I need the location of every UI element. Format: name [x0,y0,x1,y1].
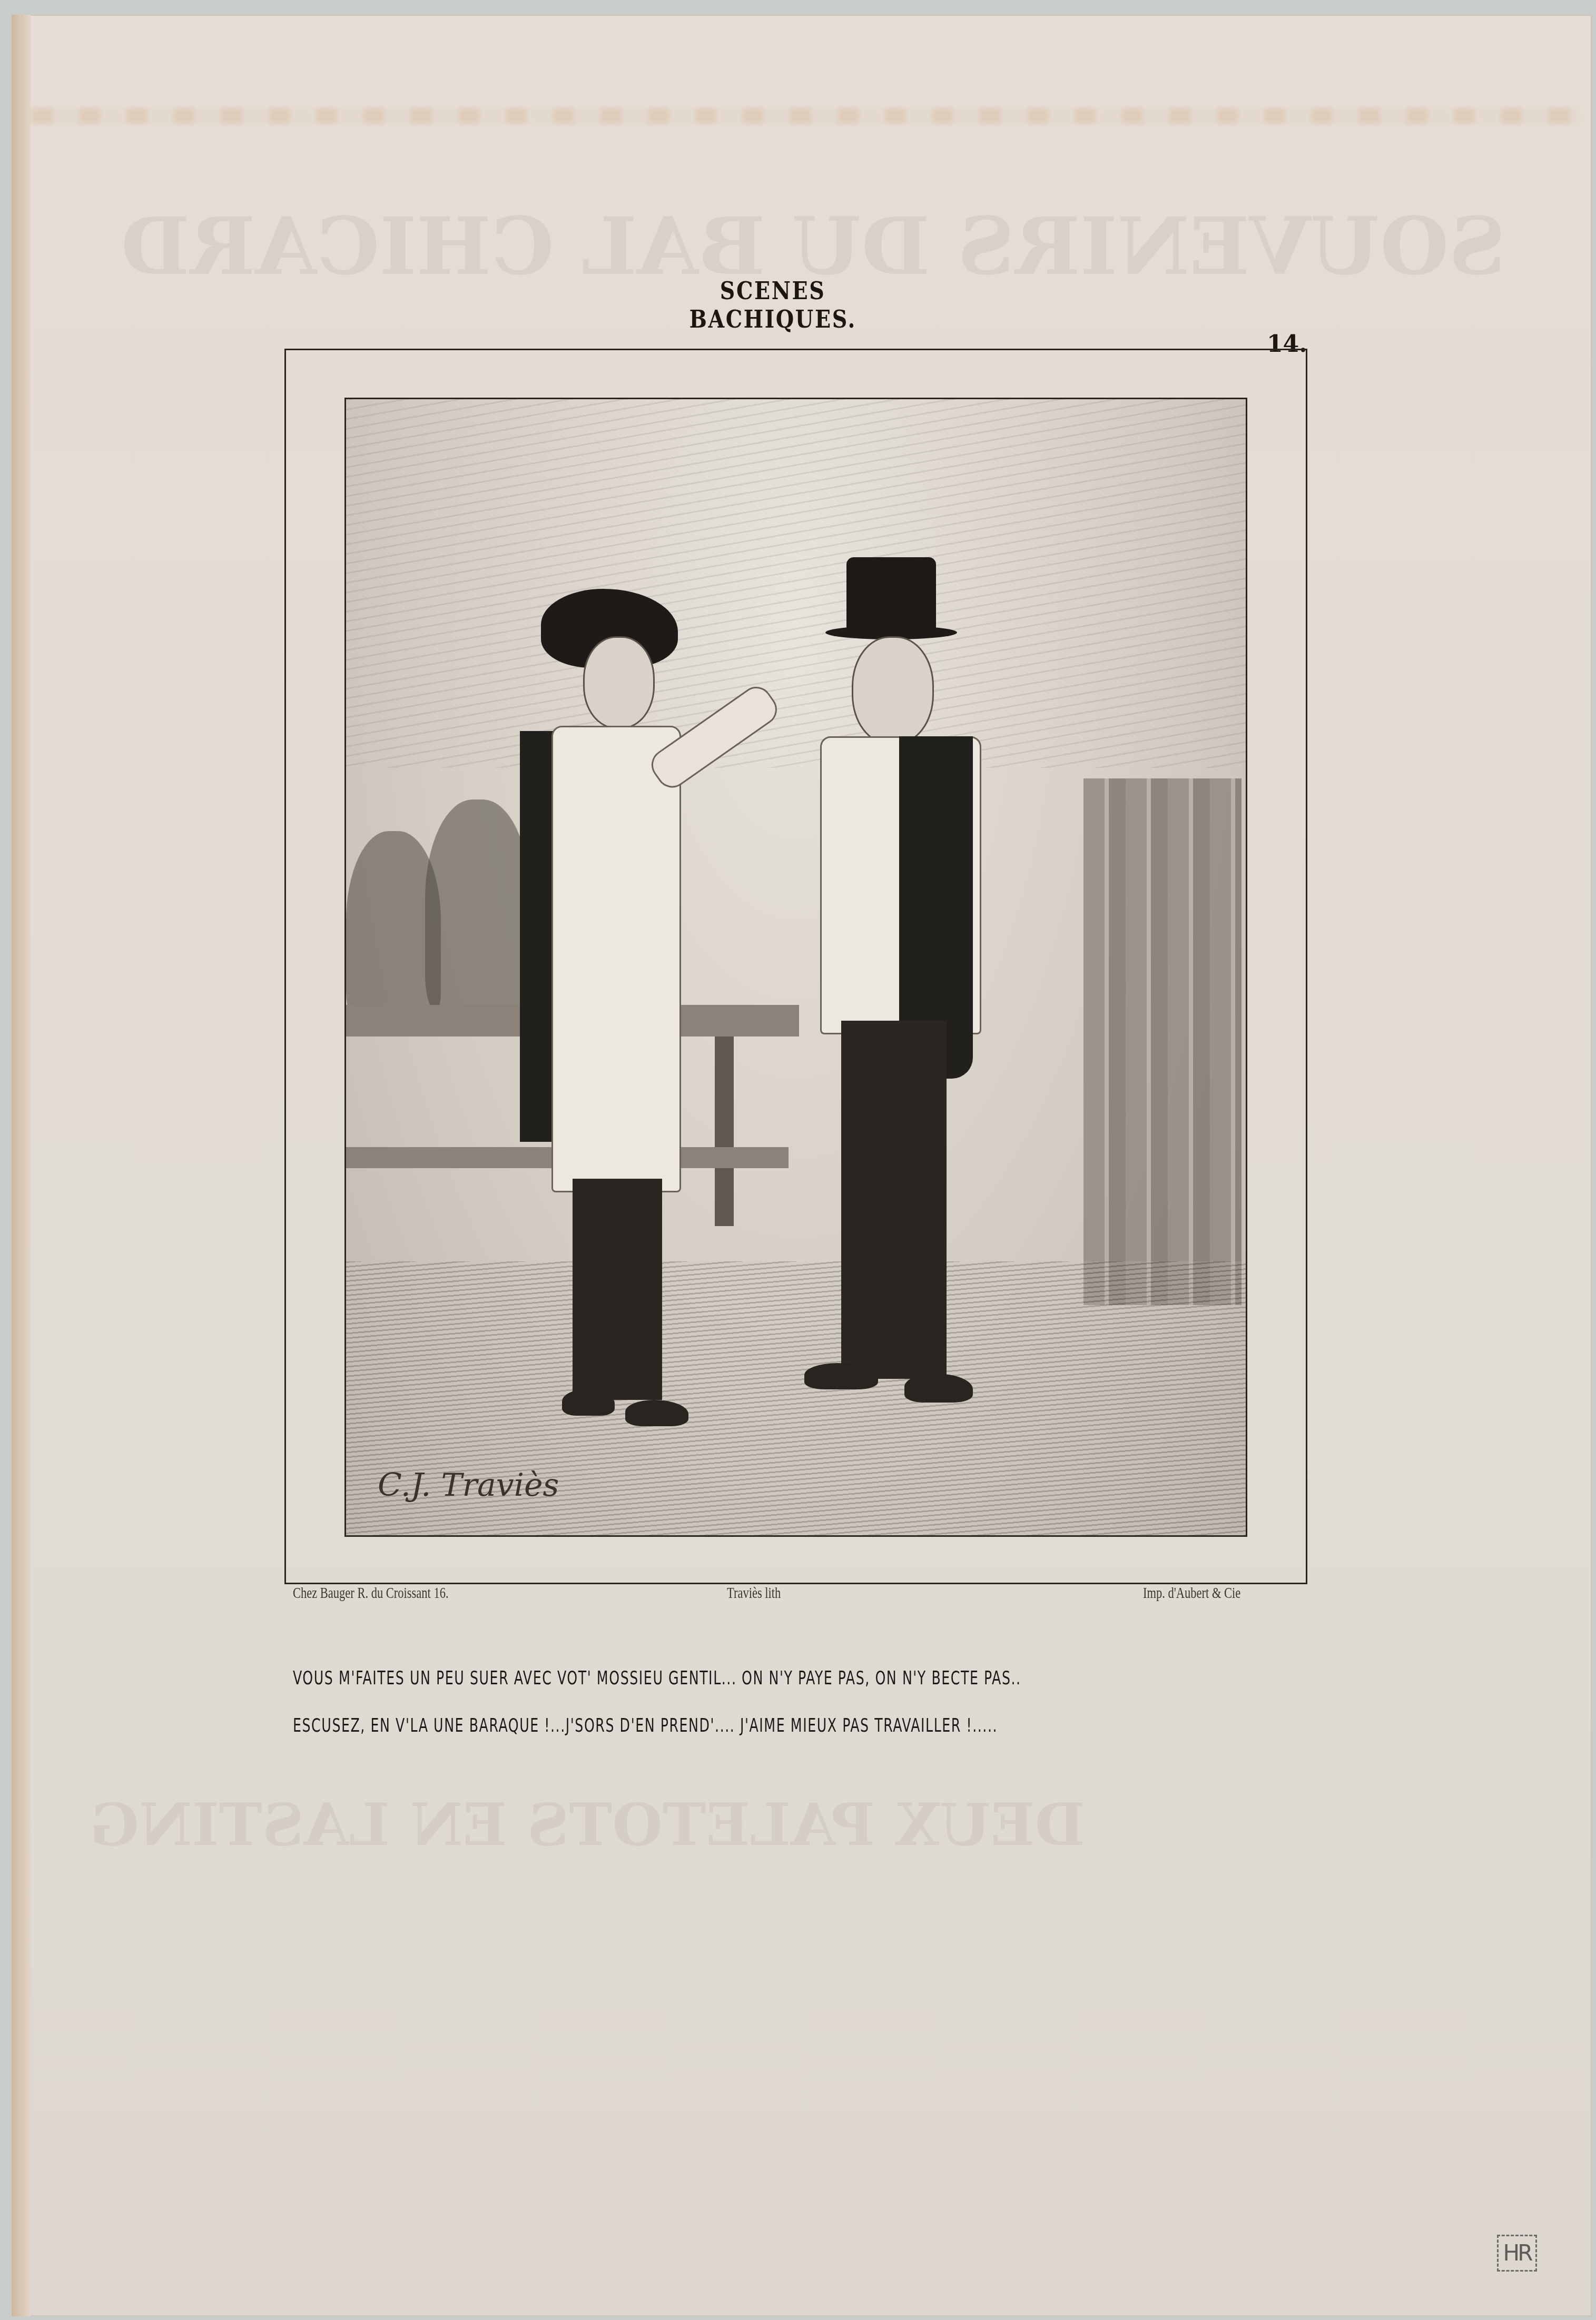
sheet-edge [12,15,31,2316]
top-hat [846,557,936,636]
imprint-publisher: Chez Bauger R. du Croissant 16. [293,1584,449,1602]
trousers [841,1021,947,1379]
head [583,636,655,729]
shoe-right [625,1400,688,1426]
legs [573,1179,662,1400]
imprint-lithographer: Traviès lith [727,1584,781,1602]
wooden-fence [1083,778,1242,1305]
show-through-subhead: DEUX PALETOTS EN LASTING [90,1791,1085,1859]
artist-signature: C.J. Traviès [378,1467,559,1504]
series-title: SCENES BACHIQUES. [644,277,902,333]
head [852,636,934,745]
shoe-left [804,1363,878,1389]
smock-shirt [551,726,681,1192]
table-leg [715,1036,734,1226]
foxing-stain [32,108,1580,124]
sky-shading [346,399,1246,768]
background-figure-left [346,831,441,1031]
imprint-printer: Imp. d'Aubert & Cie [1143,1584,1240,1602]
collection-stamp: HR [1497,2235,1537,2272]
caption-line-1: VOUS M'FAITES UN PEU SUER AVEC VOT' MOSS… [293,1667,1021,1689]
shoe-left [562,1389,615,1416]
background-figure-seated [425,799,530,1021]
lithograph-image: C.J. Traviès [344,398,1247,1537]
caption-line-2: ESCUSEZ, EN V'LA UNE BARAQUE !...J'SORS … [293,1715,998,1736]
